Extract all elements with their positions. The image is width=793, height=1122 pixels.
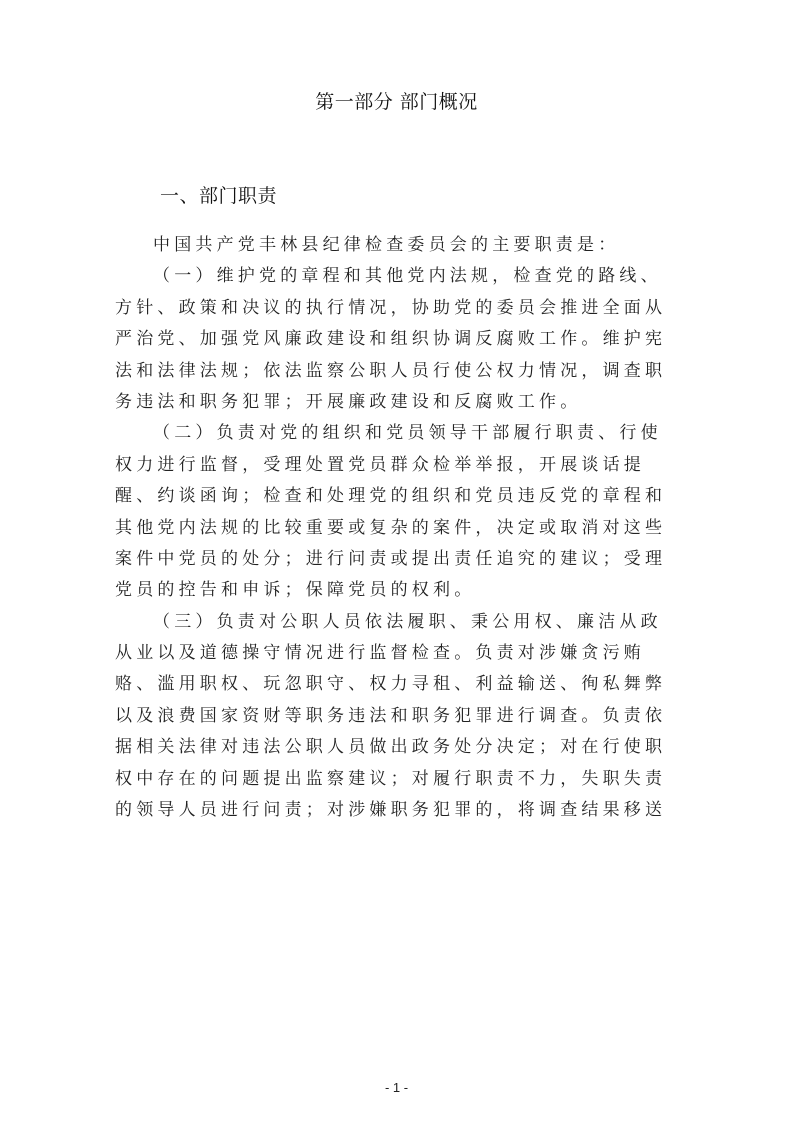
section-heading: 一、部门职责 [160,181,277,208]
page-number: - 1 - [0,1080,793,1095]
paragraph-3-line: （三）负责对公职人员依法履职、秉公用权、廉洁从政 [115,607,687,638]
paragraph-2-line: 案件中党员的处分；进行问责或提出责任追究的建议；受理 [115,544,687,575]
paragraph-2-line: （二）负责对党的组织和党员领导干部履行职责、行使 [115,418,687,449]
page-title: 第一部分 部门概况 [0,87,793,114]
paragraph-3-line: 的领导人员进行问责；对涉嫌职务犯罪的，将调查结果移送 [115,795,687,826]
paragraph-3-line: 权中存在的问题提出监察建议；对履行职责不力，失职失责 [115,764,687,795]
document-page: 第一部分 部门概况 一、部门职责 中国共产党丰林县纪律检查委员会的主要职责是： … [0,0,793,1122]
body-text: 中国共产党丰林县纪律检查委员会的主要职责是： （一）维护党的章程和其他党内法规，… [115,230,687,826]
paragraph-1-line: 务违法和职务犯罪；开展廉政建设和反腐败工作。 [115,387,687,418]
paragraph-3-line: 以及浪费国家资财等职务违法和职务犯罪进行调查。负责依 [115,701,687,732]
paragraph-1-line: 严治党、加强党风廉政建设和组织协调反腐败工作。维护宪 [115,324,687,355]
intro-line: 中国共产党丰林县纪律检查委员会的主要职责是： [115,230,687,261]
paragraph-3-line: 据相关法律对违法公职人员做出政务处分决定；对在行使职 [115,732,687,763]
paragraph-3-line: 从业以及道德操守情况进行监督检查。负责对涉嫌贪污贿 [115,638,687,669]
paragraph-1-line: （一）维护党的章程和其他党内法规，检查党的路线、 [115,261,687,292]
paragraph-3-line: 赂、滥用职权、玩忽职守、权力寻租、利益输送、徇私舞弊 [115,669,687,700]
paragraph-2-line: 其他党内法规的比较重要或复杂的案件，决定或取消对这些 [115,513,687,544]
paragraph-2-line: 醒、约谈函询；检查和处理党的组织和党员违反党的章程和 [115,481,687,512]
paragraph-1-line: 方针、政策和决议的执行情况，协助党的委员会推进全面从 [115,293,687,324]
paragraph-2-line: 权力进行监督，受理处置党员群众检举举报，开展谈话提 [115,450,687,481]
paragraph-1-line: 法和法律法规；依法监察公职人员行使公权力情况，调查职 [115,356,687,387]
paragraph-2-line: 党员的控告和申诉；保障党员的权利。 [115,575,687,606]
